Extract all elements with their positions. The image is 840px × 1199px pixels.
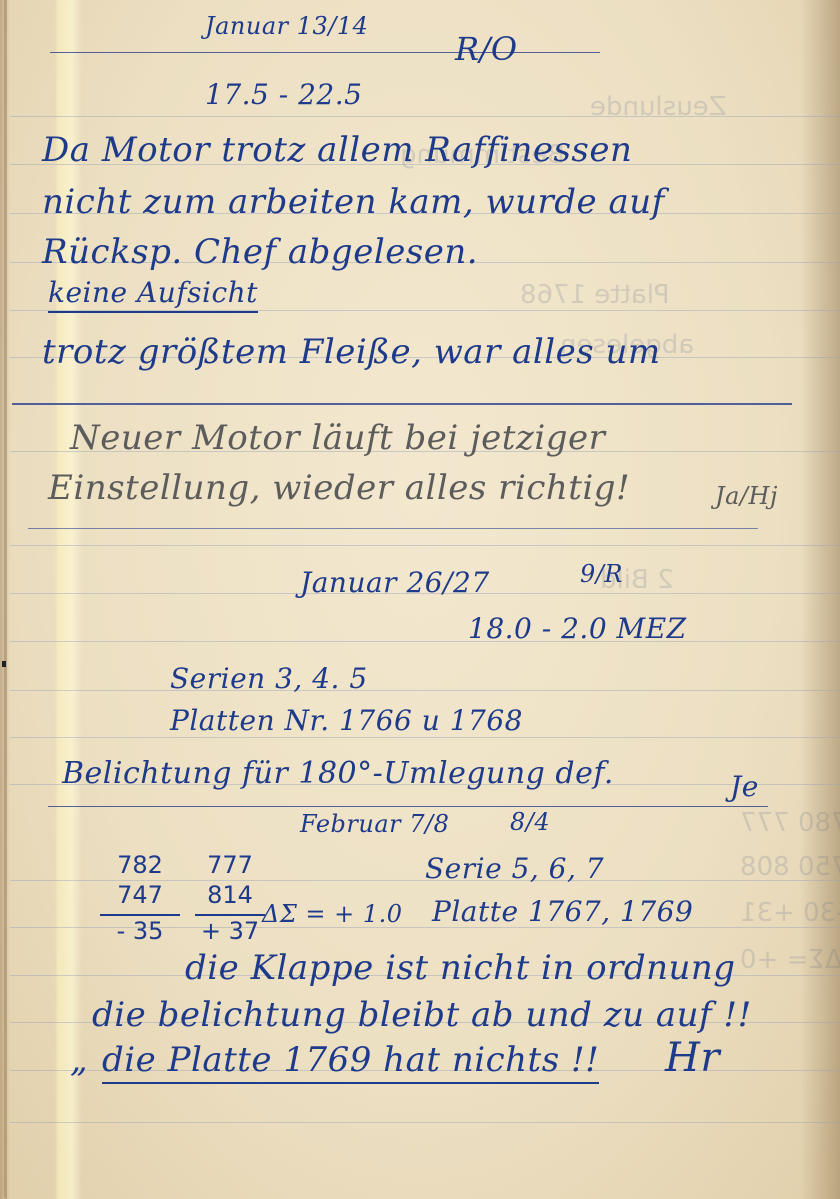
entry3-text-line: die belichtung bleibt ab und zu auf !! [92, 995, 752, 1035]
ruled-line [10, 1122, 840, 1123]
entry3-series: Serie 5, 6, 7 [425, 852, 604, 885]
entry3-signature: Hr [665, 1035, 720, 1081]
notebook-page: Zeuslunde Bestimmung Platte 1768 abgeles… [0, 0, 840, 1199]
entry2-plates: Platten Nr. 1766 u 1768 [170, 704, 523, 737]
page-edge [4, 0, 7, 1199]
entry1-heading-underlined: keine Aufsicht [48, 276, 258, 313]
entry3-text-line: die Klappe ist nicht in ordnung [185, 948, 736, 988]
bleed-through-text: 780 777 [740, 808, 840, 838]
entry1-text-line: Rücksp. Chef abgelesen. [42, 232, 478, 272]
bleed-through-text: -30 +31 [740, 898, 840, 928]
bleed-through-text: 750 808 [740, 852, 840, 882]
entry1-time-range: 17.5 - 22.5 [205, 78, 362, 111]
entry2-series: Serien 3, 4. 5 [170, 662, 368, 695]
pencil-note-line: Neuer Motor läuft bei jetziger [70, 418, 605, 458]
divider-line [48, 806, 768, 807]
entry1-date: Januar 13/14 [205, 12, 368, 40]
entry2-signature: Je [730, 770, 759, 803]
entry2-time-range: 18.0 - 2.0 MEZ [468, 612, 687, 645]
entry3-date: Februar 7/8 [300, 810, 449, 838]
entry2-mark: 9/R [580, 560, 623, 588]
divider-line [28, 528, 758, 529]
pencil-note-line: Einstellung, wieder alles richtig! [48, 468, 630, 508]
entry2-date: Januar 26/27 [300, 566, 490, 599]
calc-right-mid: 814 [195, 880, 265, 910]
bleed-through-text: Zeuslunde [590, 92, 727, 122]
ruled-line [10, 545, 840, 546]
entry3-plates: Platte 1767, 1769 [432, 895, 693, 928]
calc-left-result: - 35 [100, 914, 180, 946]
calc-right-result: + 37 [195, 914, 265, 946]
calc-left-top: 782 [100, 850, 180, 880]
calc-right-top: 777 [195, 850, 265, 880]
entry2-note: Belichtung für 180°-Umlegung def. [62, 756, 614, 791]
pencil-note-signature: Ja/Hj [715, 482, 778, 510]
entry3-quote-mark: „ [70, 1040, 88, 1080]
bleed-through-text: ΔΣ= +0 [740, 945, 840, 975]
entry3-mark: 8/4 [510, 808, 550, 836]
binder-mark [2, 661, 6, 667]
entry1-mark: R/O [455, 30, 518, 68]
ruled-line [10, 737, 840, 738]
ruled-line [10, 690, 840, 691]
divider-line [12, 403, 792, 405]
calc-left-mid: 747 [100, 880, 180, 910]
entry1-text-line: trotz größtem Fleiße, war alles um [42, 332, 661, 372]
calc-right: 777 814 + 37 [195, 850, 265, 946]
calc-left: 782 747 - 35 [100, 850, 180, 946]
bleed-through-text: Platte 1768 [520, 280, 670, 310]
entry3-text-line-underlined: die Platte 1769 hat nichts !! [102, 1040, 599, 1084]
ruled-line [10, 641, 840, 642]
entry1-text-line: Da Motor trotz allem Raffinessen [42, 130, 632, 170]
entry1-text-line: nicht zum arbeiten kam, wurde auf [42, 182, 665, 222]
delta-sum: ΔΣ = + 1.0 [262, 900, 403, 928]
